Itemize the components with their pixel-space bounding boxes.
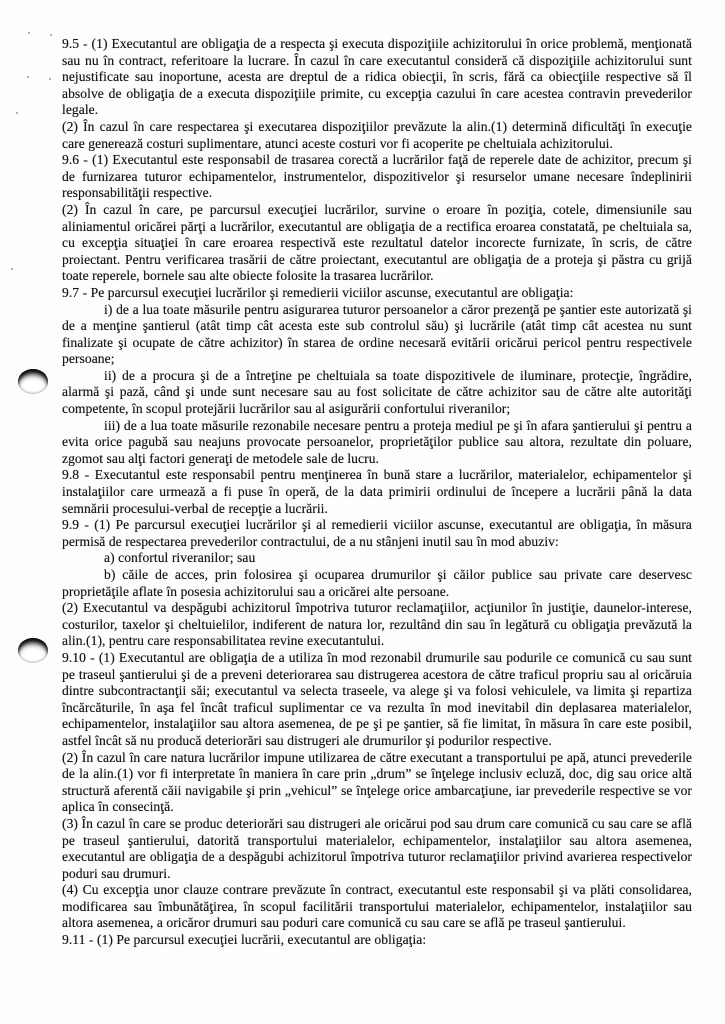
scan-speck — [16, 112, 18, 114]
paragraph-9-7-i: i) de a lua toate măsurile pentru asigur… — [62, 302, 692, 368]
paragraph-9-10-2: (2) În cazul în care natura lucrărilor i… — [62, 750, 692, 816]
punch-hole-icon — [18, 638, 48, 663]
paragraph-9-11-1: 9.11 - (1) Pe parcursul execuţiei lucrăr… — [62, 932, 692, 949]
paragraph-9-7-iii: iii) de a lua toate măsurile rezonabile … — [62, 418, 692, 468]
scan-speck — [49, 78, 51, 80]
paragraph-9-9-1-b: b) căile de acces, prin folosirea şi ocu… — [62, 567, 692, 600]
scanned-document-page: 9.5 - (1) Executantul are obligaţia de a… — [0, 0, 725, 1024]
paragraph-9-5-1: 9.5 - (1) Executantul are obligaţia de a… — [62, 36, 692, 119]
scan-speck — [28, 32, 30, 34]
punch-hole-icon — [18, 369, 48, 394]
paragraph-9-10-4: (4) Cu excepţia unor clauze contrare pre… — [62, 882, 692, 932]
paragraph-9-9-1: 9.9 - (1) Pe parcursul execuţiei lucrări… — [62, 517, 692, 550]
paragraph-9-6-2: (2) În cazul în care, pe parcursul execu… — [62, 202, 692, 285]
paragraph-9-8: 9.8 - Executantul este responsabil pentr… — [62, 467, 692, 517]
paragraph-9-6-1: 9.6 - (1) Executantul este responsabil d… — [62, 152, 692, 202]
paragraph-9-7: 9.7 - Pe parcursul execuţiei lucrărilor … — [62, 285, 692, 302]
paragraph-9-9-1-a: a) confortul riveranilor; sau — [62, 550, 692, 567]
paragraph-9-9-2: (2) Executantul va despăgubi achizitorul… — [62, 600, 692, 650]
paragraph-9-5-2: (2) În cazul în care respectarea şi exec… — [62, 119, 692, 152]
paragraph-9-10-3: (3) În cazul în care se produc deterioră… — [62, 816, 692, 882]
paragraph-9-7-ii: ii) de a procura şi de a întreţine pe ch… — [62, 368, 692, 418]
scan-speck — [11, 268, 13, 270]
contract-text-block: 9.5 - (1) Executantul are obligaţia de a… — [62, 36, 692, 949]
scan-speck — [50, 34, 52, 36]
scan-speck — [27, 76, 29, 78]
paragraph-9-10-1: 9.10 - (1) Executantul are obligaţia de … — [62, 650, 692, 750]
